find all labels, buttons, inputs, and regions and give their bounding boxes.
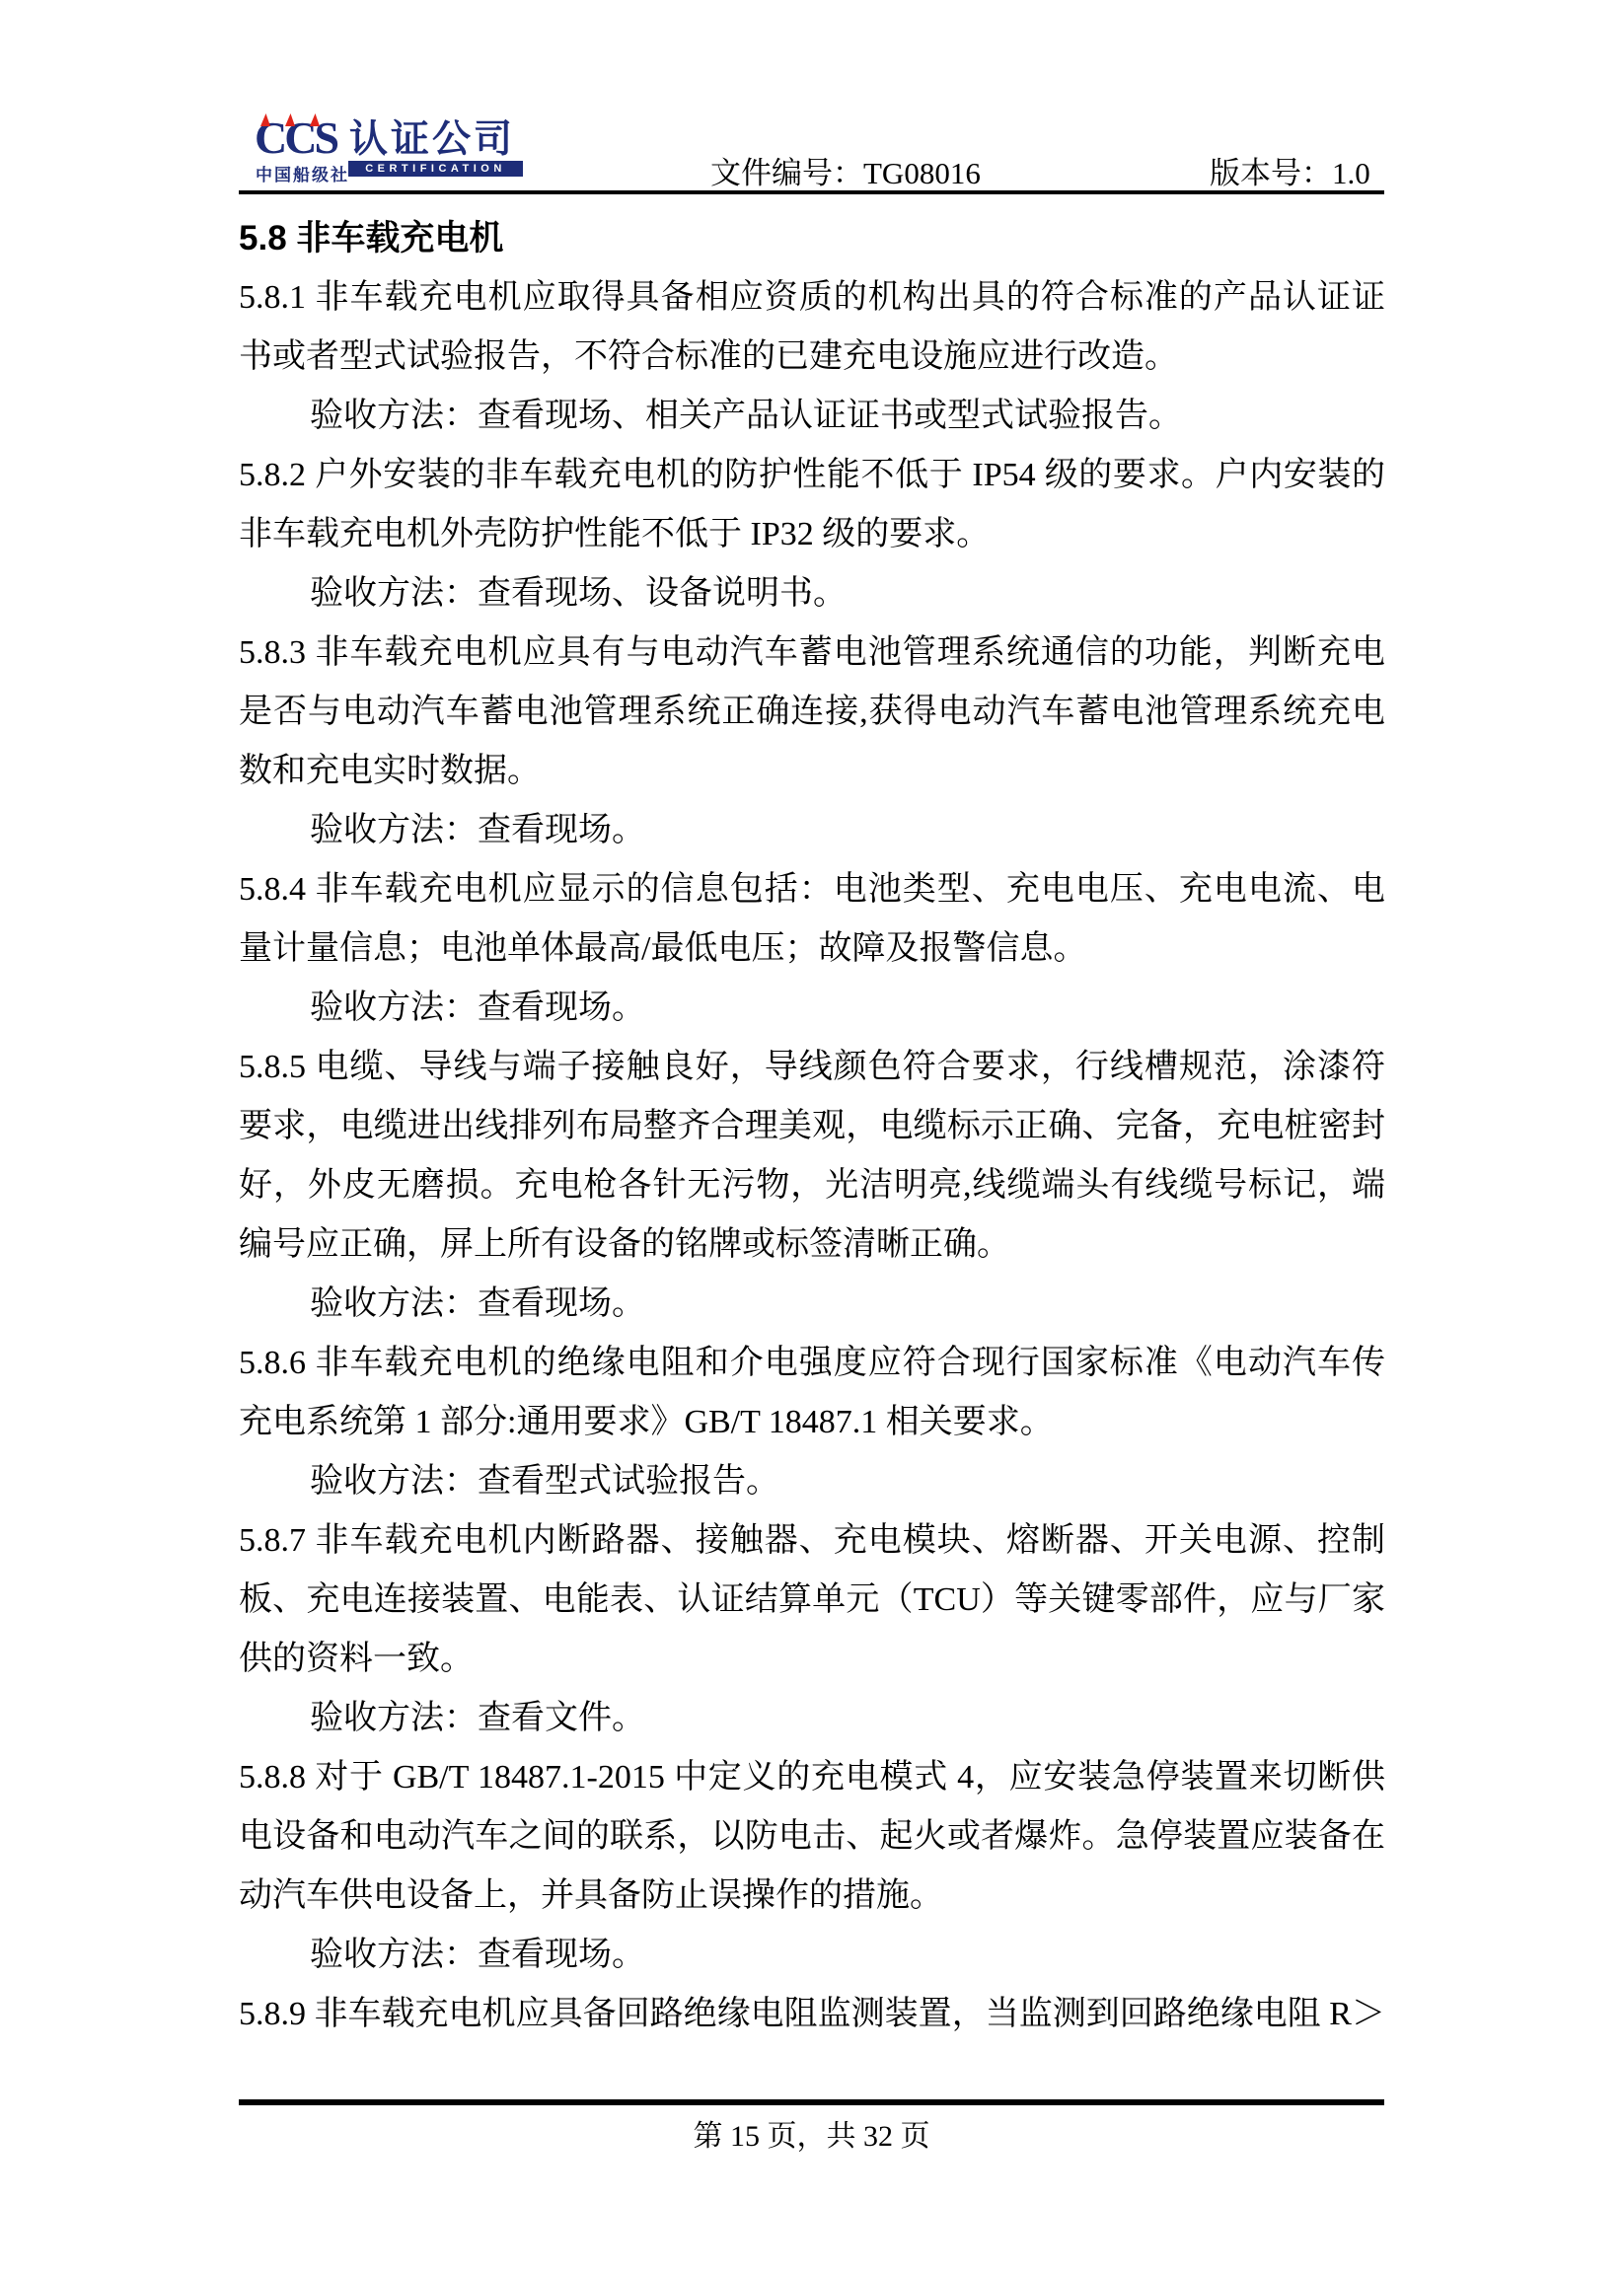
document-line: 5.8.8 对于 GB/T 18487.1-2015 中定义的充电模式 4，应安…: [239, 1748, 1385, 1807]
document-line: 电设备和电动汽车之间的联系，以防电击、起火或者爆炸。急停装置应装备在电: [239, 1807, 1385, 1867]
document-line: 供的资料一致。: [239, 1630, 1385, 1689]
document-line: 动汽车供电设备上，并具备防止误操作的措施。: [239, 1867, 1385, 1926]
document-line: 5.8.6 非车载充电机的绝缘电阻和介电强度应符合现行国家标准《电动汽车传导: [239, 1334, 1385, 1393]
document-line: 非车载充电机外壳防护性能不低于 IP32 级的要求。: [239, 505, 1385, 564]
document-line: 5.8.4 非车载充电机应显示的信息包括：电池类型、充电电压、充电电流、电能: [239, 860, 1385, 919]
document-line: 验收方法：查看现场、相关产品认证证书或型式试验报告。: [239, 387, 1385, 446]
document-line: 5.8.5 电缆、导线与端子接触良好，导线颜色符合要求，行线槽规范，涂漆符合: [239, 1038, 1385, 1097]
ccs-logo: CCS 认证公司 中国船级社 CERTIFICATION: [255, 116, 541, 180]
document-line: 量计量信息；电池单体最高/最低电压；故障及报警信息。: [239, 919, 1385, 979]
document-line: 5.8.9 非车载充电机应具备回路绝缘电阻监测装置，当监测到回路绝缘电阻 R＞: [239, 1985, 1385, 2044]
document-line: 验收方法：查看现场。: [239, 1926, 1385, 1985]
document-line: 验收方法：查看文件。: [239, 1689, 1385, 1748]
version-label: 版本号：: [1210, 156, 1332, 190]
document-line: 编号应正确，屏上所有设备的铭牌或标签清晰正确。: [239, 1215, 1385, 1275]
logo-certification-banner: CERTIFICATION: [348, 161, 523, 177]
document-line: 5.8.7 非车载充电机内断路器、接触器、充电模块、熔断器、开关电源、控制主: [239, 1511, 1385, 1571]
document-line: 5.8.2 户外安装的非车载充电机的防护性能不低于 IP54 级的要求。户内安装…: [239, 446, 1385, 505]
document-line: 充电系统第 1 部分:通用要求》GB/T 18487.1 相关要求。: [239, 1393, 1385, 1452]
logo-company-name: 认证公司: [349, 122, 515, 158]
version-number: 版本号：1.0: [1210, 148, 1370, 192]
document-line: 5.8.1 非车载充电机应取得具备相应资质的机构出具的符合标准的产品认证证: [239, 268, 1385, 328]
document-line: 5.8.3 非车载充电机应具有与电动汽车蓄电池管理系统通信的功能，判断充电机: [239, 623, 1385, 683]
document-line: 是否与电动汽车蓄电池管理系统正确连接,获得电动汽车蓄电池管理系统充电参: [239, 683, 1385, 742]
section-heading: 5.8 非车载充电机: [239, 209, 1385, 268]
document-line: 验收方法：查看现场、设备说明书。: [239, 564, 1385, 623]
footer-divider: [239, 2099, 1384, 2105]
ccs-wordmark: CCS: [255, 116, 336, 160]
document-line: 验收方法：查看型式试验报告。: [239, 1452, 1385, 1511]
logo-society-name: 中国船级社: [256, 161, 349, 185]
document-line: 板、充电连接装置、电能表、认证结算单元（TCU）等关键零部件，应与厂家提: [239, 1571, 1385, 1630]
document-line: 要求，电缆进出线排列布局整齐合理美观，电缆标示正确、完备，充电桩密封性: [239, 1097, 1385, 1156]
document-line: 书或者型式试验报告，不符合标准的已建充电设施应进行改造。: [239, 328, 1385, 387]
document-line: 验收方法：查看现场。: [239, 801, 1385, 860]
document-line: 验收方法：查看现场。: [239, 979, 1385, 1038]
header-divider: [239, 190, 1384, 194]
document-number-value: TG08016: [863, 156, 981, 190]
version-value: 1.0: [1332, 156, 1370, 190]
document-line: 好，外皮无磨损。充电枪各针无污物，光洁明亮,线缆端头有线缆号标记，端子: [239, 1156, 1385, 1215]
page-indicator: 第 15 页，共 32 页: [239, 2111, 1384, 2155]
document-line: 验收方法：查看现场。: [239, 1275, 1385, 1334]
document-number-label: 文件编号：: [710, 156, 863, 190]
document-line: 数和充电实时数据。: [239, 742, 1385, 801]
document-body: 5.8 非车载充电机5.8.1 非车载充电机应取得具备相应资质的机构出具的符合标…: [239, 209, 1385, 2044]
document-number: 文件编号：TG08016: [710, 148, 981, 192]
